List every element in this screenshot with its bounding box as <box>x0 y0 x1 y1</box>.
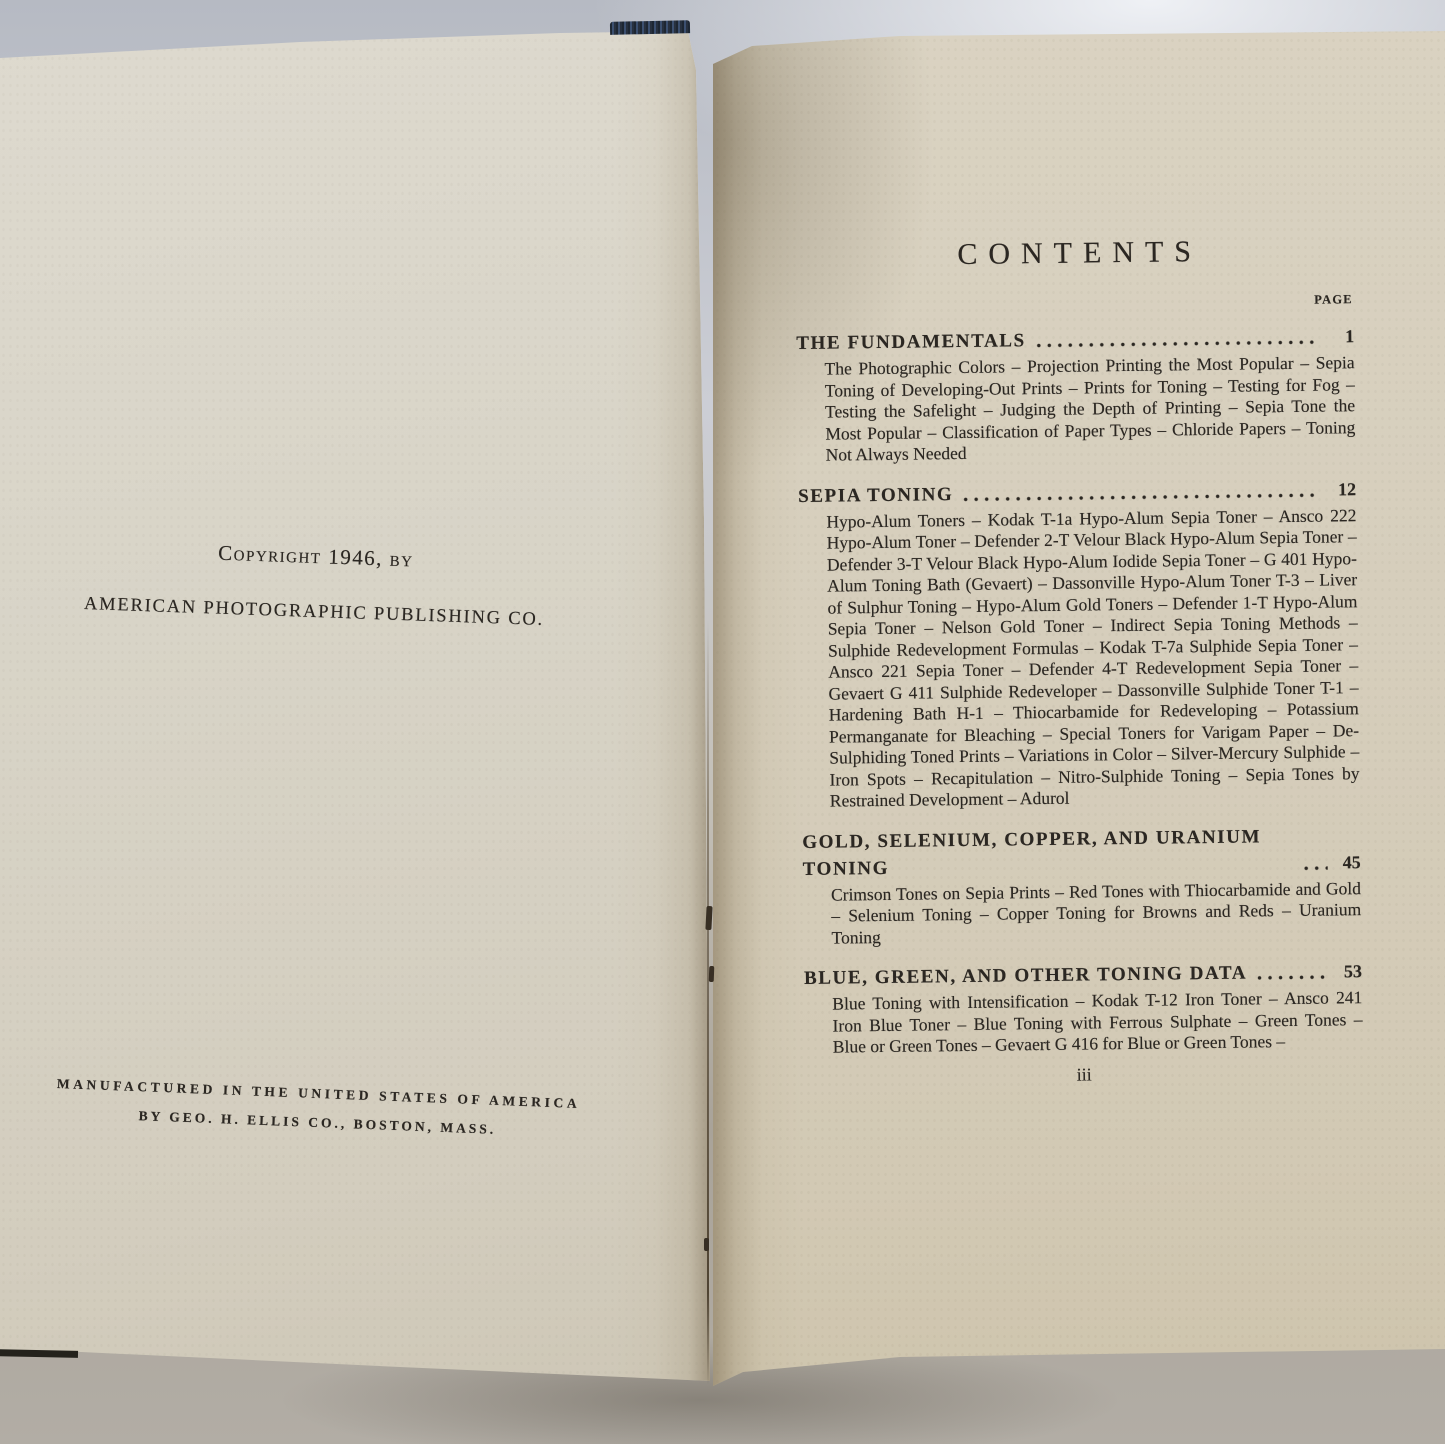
dot-leader <box>963 491 1320 502</box>
toc-entry-heading-row: GOLD, SELENIUM, COPPER, AND URANIUM TONI… <box>802 822 1361 883</box>
toc-entry-heading-row: BLUE, GREEN, AND OTHER TONING DATA 53 <box>804 958 1362 992</box>
toc-entry-page-number: 53 <box>1332 958 1362 985</box>
toc-entry-description: Blue Toning with Intensification – Kodak… <box>832 987 1363 1058</box>
binding-stitch <box>709 966 715 982</box>
binding-stitch <box>705 906 712 930</box>
cover-edge <box>0 1349 78 1358</box>
toc-entry: SEPIA TONING 12 Hypo-Alum Toners – Kodak… <box>798 476 1360 813</box>
toc-entry-heading: GOLD, SELENIUM, COPPER, AND URANIUM TONI… <box>802 822 1294 882</box>
toc-entry-heading: SEPIA TONING <box>798 481 954 510</box>
page-column-label: PAGE <box>796 292 1354 314</box>
toc-entry-page-number: 1 <box>1324 323 1354 350</box>
contents-block: CONTENTS PAGE THE FUNDAMENTALS 1 The Pho… <box>795 233 1363 1088</box>
headband-blue-cloth <box>610 20 690 35</box>
dot-leader <box>1257 974 1326 982</box>
contents-title: CONTENTS <box>795 233 1353 274</box>
toc-entry-page-number: 12 <box>1326 476 1356 503</box>
dot-leader <box>1304 864 1328 871</box>
toc-entry-description: Crimson Tones on Sepia Prints – Red Tone… <box>831 878 1362 949</box>
book-photo: Copyright 1946, by AMERICAN PHOTOGRAPHIC… <box>0 0 1445 1444</box>
toc-entry-heading-row: THE FUNDAMENTALS 1 <box>796 323 1354 357</box>
toc-entry-heading: BLUE, GREEN, AND OTHER TONING DATA <box>804 960 1247 992</box>
dot-leader <box>1036 339 1319 349</box>
toc-entry: THE FUNDAMENTALS 1 The Photographic Colo… <box>796 323 1356 466</box>
toc-entry-description: The Photographic Colors – Projection Pri… <box>824 352 1355 466</box>
gutter-crease <box>707 620 709 1385</box>
binding-stitch <box>704 1238 709 1251</box>
toc-entry-heading: THE FUNDAMENTALS <box>796 327 1026 357</box>
toc-entry-description: Hypo-Alum Toners – Kodak T-1a Hypo-Alum … <box>826 505 1360 812</box>
toc-entry-heading-row: SEPIA TONING 12 <box>798 476 1356 510</box>
toc-entry: BLUE, GREEN, AND OTHER TONING DATA 53 Bl… <box>804 958 1363 1058</box>
toc-entry-page-number: 45 <box>1334 849 1361 876</box>
toc-entry: GOLD, SELENIUM, COPPER, AND URANIUM TONI… <box>802 822 1361 949</box>
